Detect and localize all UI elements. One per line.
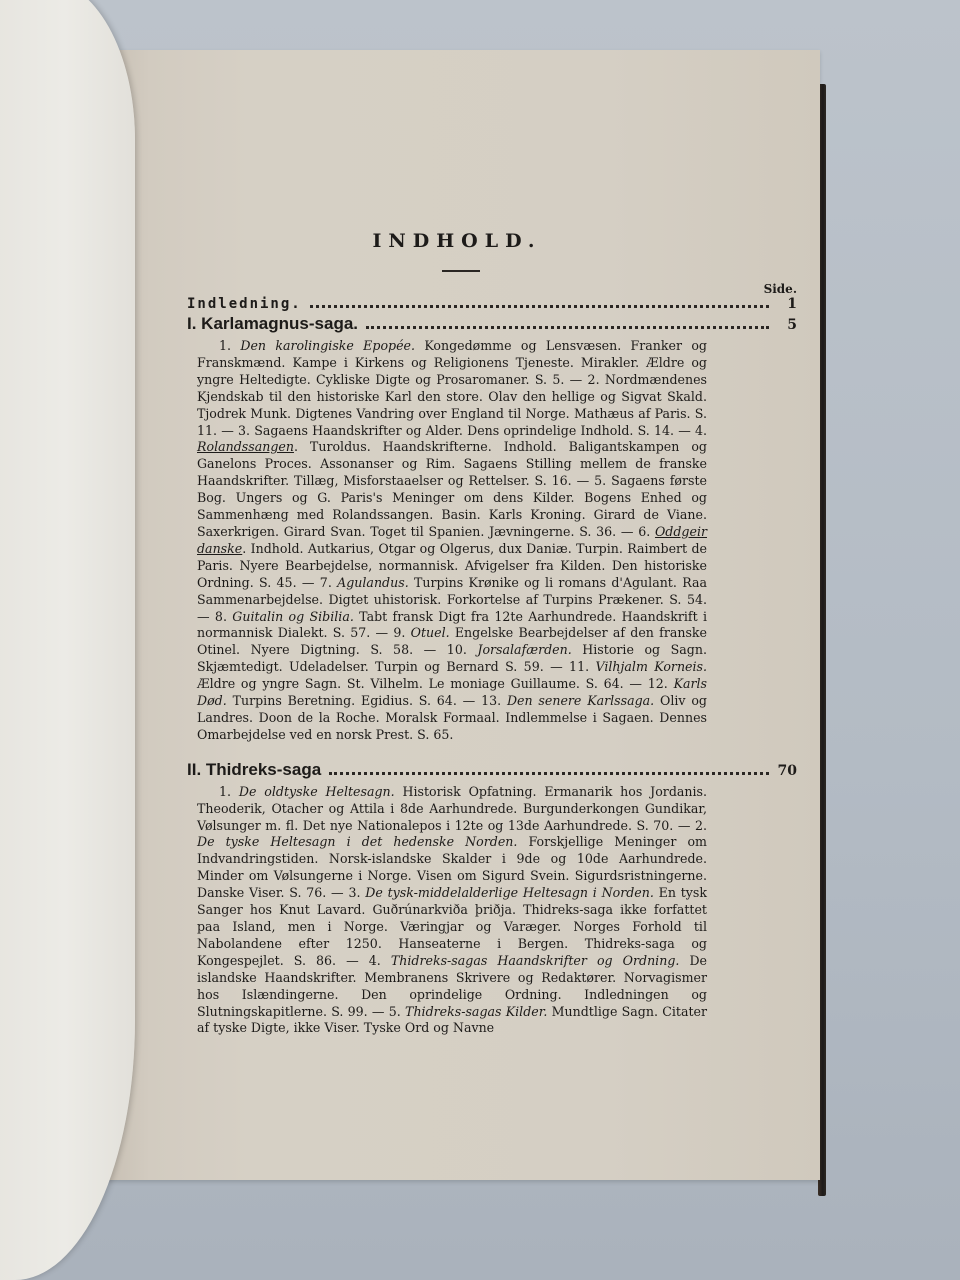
table-of-contents: INDHOLD. Side. Indledning. 1 I. Karlamag… bbox=[187, 230, 707, 1037]
toc-entry-karlamagnus-saga: I. Karlamagnus-saga. 5 bbox=[187, 314, 797, 334]
dot-leader bbox=[329, 772, 769, 775]
italic-title: Thidreks-sagas Haandskrifter og Ordning. bbox=[391, 953, 680, 968]
book-page: INDHOLD. Side. Indledning. 1 I. Karlamag… bbox=[107, 50, 820, 1180]
italic-title: Otuel. bbox=[411, 625, 450, 640]
underlined-title: Rolandssangen bbox=[197, 439, 294, 454]
entry-label: I. Karlamagnus-saga. bbox=[187, 314, 358, 334]
entry-label: II. Thidreks-saga bbox=[187, 760, 321, 780]
title-rule-divider bbox=[442, 270, 480, 272]
page-column-label: Side. bbox=[187, 282, 797, 296]
karlamagnus-summary: 1. Den karolingiske Epopée. Kongedømme o… bbox=[197, 338, 707, 744]
left-page-curl bbox=[0, 0, 135, 1280]
italic-title: De tysk-middelalderlige Heltesagn i Nord… bbox=[365, 885, 654, 900]
entry-label: Indledning. bbox=[187, 296, 302, 312]
page-title: INDHOLD. bbox=[207, 230, 707, 252]
italic-title: Thidreks-sagas Kilder. bbox=[405, 1004, 547, 1019]
italic-title: Den senere Karlssaga. bbox=[507, 693, 654, 708]
toc-entry-thidreks-saga: II. Thidreks-saga 70 bbox=[187, 760, 797, 780]
dot-leader bbox=[366, 326, 769, 329]
italic-title: De tyske Heltesagn i det hedenske Norden… bbox=[197, 834, 517, 849]
italic-title: Vilhjalm Korneis. bbox=[595, 659, 707, 674]
underlined-title: Oddgeir danske bbox=[197, 524, 707, 556]
italic-title: De oldtyske Heltesagn. bbox=[239, 784, 395, 799]
italic-title: Agulandus. bbox=[337, 575, 409, 590]
italic-title: Den karolingiske Epopée. bbox=[240, 338, 415, 353]
italic-title: Jorsalafærden. bbox=[477, 642, 571, 657]
entry-page-number: 1 bbox=[777, 296, 797, 312]
thidreks-summary: 1. De oldtyske Heltesagn. Historisk Opfa… bbox=[197, 784, 707, 1038]
italic-title: Guitalin og Sibilia. bbox=[232, 609, 354, 624]
entry-page-number: 70 bbox=[777, 763, 797, 779]
dot-leader bbox=[310, 305, 769, 308]
entry-page-number: 5 bbox=[777, 317, 797, 333]
toc-entry-indledning: Indledning. 1 bbox=[187, 296, 797, 312]
